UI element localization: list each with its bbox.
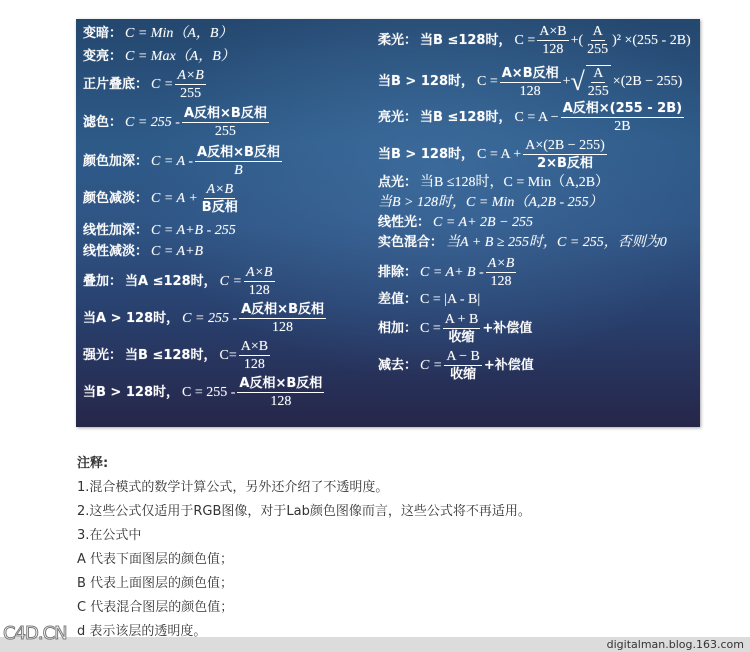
formula-color-burn: 颜色加深： C = A - A反相×B反相 B bbox=[83, 145, 284, 178]
fraction: A 255 bbox=[585, 24, 610, 57]
fraction: A + B 收缩 bbox=[443, 312, 481, 345]
note-line: C 代表混合图层的颜色值； bbox=[77, 596, 531, 620]
notes-section: 注释: 1.混合模式的数学计算公式，另外还介绍了不透明度。 2.这些公式仅适用于… bbox=[77, 452, 531, 644]
note-line: 1.混合模式的数学计算公式，另外还介绍了不透明度。 bbox=[77, 476, 531, 500]
formula-vivid-light-low: 亮光： 当B ≤128时， C = A − A反相×(255 - 2B) 2B bbox=[378, 101, 686, 134]
footer-bar: digitalman.blog.163.com bbox=[0, 637, 750, 652]
fraction: A反相×B反相 B bbox=[195, 145, 282, 178]
note-line: 3.在公式中 bbox=[77, 524, 531, 548]
note-line: 2.这些公式仅适用于RGB图像，对于Lab颜色图像而言，这些公式将不再适用。 bbox=[77, 500, 531, 524]
formula-color-dodge: 颜色减淡： C = A + A×B B反相 bbox=[83, 182, 242, 215]
blend-formula-image: 变暗： C = Min（A，B） 变亮： C = Max（A，B） 正片叠底： … bbox=[76, 19, 700, 427]
fraction: A反相×B反相 128 bbox=[239, 302, 326, 335]
formula-overlay-low: 叠加： 当A ≤128时， C = A×B 128 bbox=[83, 265, 277, 298]
formula-linear-light: 线性光： C = A+ 2B − 255 bbox=[378, 215, 533, 231]
formula-lighten: 变亮： C = Max（A，B） bbox=[83, 49, 235, 65]
fraction: A反相×B反相 128 bbox=[237, 376, 324, 409]
note-line: B 代表上面图层的颜色值； bbox=[77, 572, 531, 596]
formula-pin-light-high: 当B > 128时，C = Min（A,2B - 255） bbox=[378, 195, 603, 211]
formula-linear-dodge: 线性减淡： C = A+B bbox=[83, 244, 203, 260]
note-line: A 代表下面图层的颜色值； bbox=[77, 548, 531, 572]
fraction: A×B 128 bbox=[486, 256, 517, 289]
fraction: A×(2B − 255) 2×B反相 bbox=[523, 138, 607, 171]
formula-soft-light-high: 当B > 128时， C = A×B反相 128 + √ A 255 ×(2B … bbox=[378, 65, 682, 99]
formula-add: 相加： C = A + B 收缩 +补偿值 bbox=[378, 312, 532, 345]
fraction: A×B反相 128 bbox=[500, 66, 561, 99]
formula-difference: 差值： C = |A - B| bbox=[378, 292, 480, 308]
formula-soft-light-low: 柔光： 当B ≤128时， C = A×B 128 +( A 255 )² ×(… bbox=[378, 24, 691, 57]
formula-hard-light-low: 强光： 当B ≤128时， C= A×B 128 bbox=[83, 339, 272, 372]
formula-hard-mix: 实色混合： 当A + B ≥ 255时，C = 255，否则为0 bbox=[378, 235, 667, 251]
formula-darken: 变暗： C = Min（A，B） bbox=[83, 26, 232, 42]
formula-overlay-high: 当A > 128时， C = 255 - A反相×B反相 128 bbox=[83, 302, 328, 335]
fraction: A − B 收缩 bbox=[444, 349, 482, 382]
notes-title: 注释: bbox=[77, 452, 531, 476]
fraction: A×B 128 bbox=[537, 24, 568, 57]
fraction: A反相×B反相 255 bbox=[182, 106, 269, 139]
fraction: A反相×(255 - 2B) 2B bbox=[561, 101, 684, 134]
formula-linear-burn: 线性加深： C = A+B - 255 bbox=[83, 223, 236, 239]
footer-url: digitalman.blog.163.com bbox=[607, 637, 744, 652]
square-root: √ A 255 bbox=[571, 65, 613, 99]
fraction: A×B 128 bbox=[239, 339, 270, 372]
formula-multiply: 正片叠底： C = A×B 255 bbox=[83, 68, 208, 101]
fraction: A×B 128 bbox=[244, 265, 275, 298]
formula-exclusion: 排除： C = A+ B - A×B 128 bbox=[378, 256, 518, 289]
formula-hard-light-high: 当B > 128时， C = 255 - A反相×B反相 128 bbox=[83, 376, 326, 409]
formula-screen: 滤色： C = 255 - A反相×B反相 255 bbox=[83, 106, 271, 139]
fraction: A×B 255 bbox=[175, 68, 206, 101]
fraction: A×B B反相 bbox=[200, 182, 240, 215]
watermark-logo: C4D.CN bbox=[3, 623, 67, 644]
formula-vivid-light-high: 当B > 128时， C = A + A×(2B − 255) 2×B反相 bbox=[378, 138, 609, 171]
formula-subtract: 减去： C = A − B 收缩 +补偿值 bbox=[378, 349, 534, 382]
formula-pin-light-low: 点光： 当B ≤128时，C = Min（A,2B） bbox=[378, 175, 609, 191]
